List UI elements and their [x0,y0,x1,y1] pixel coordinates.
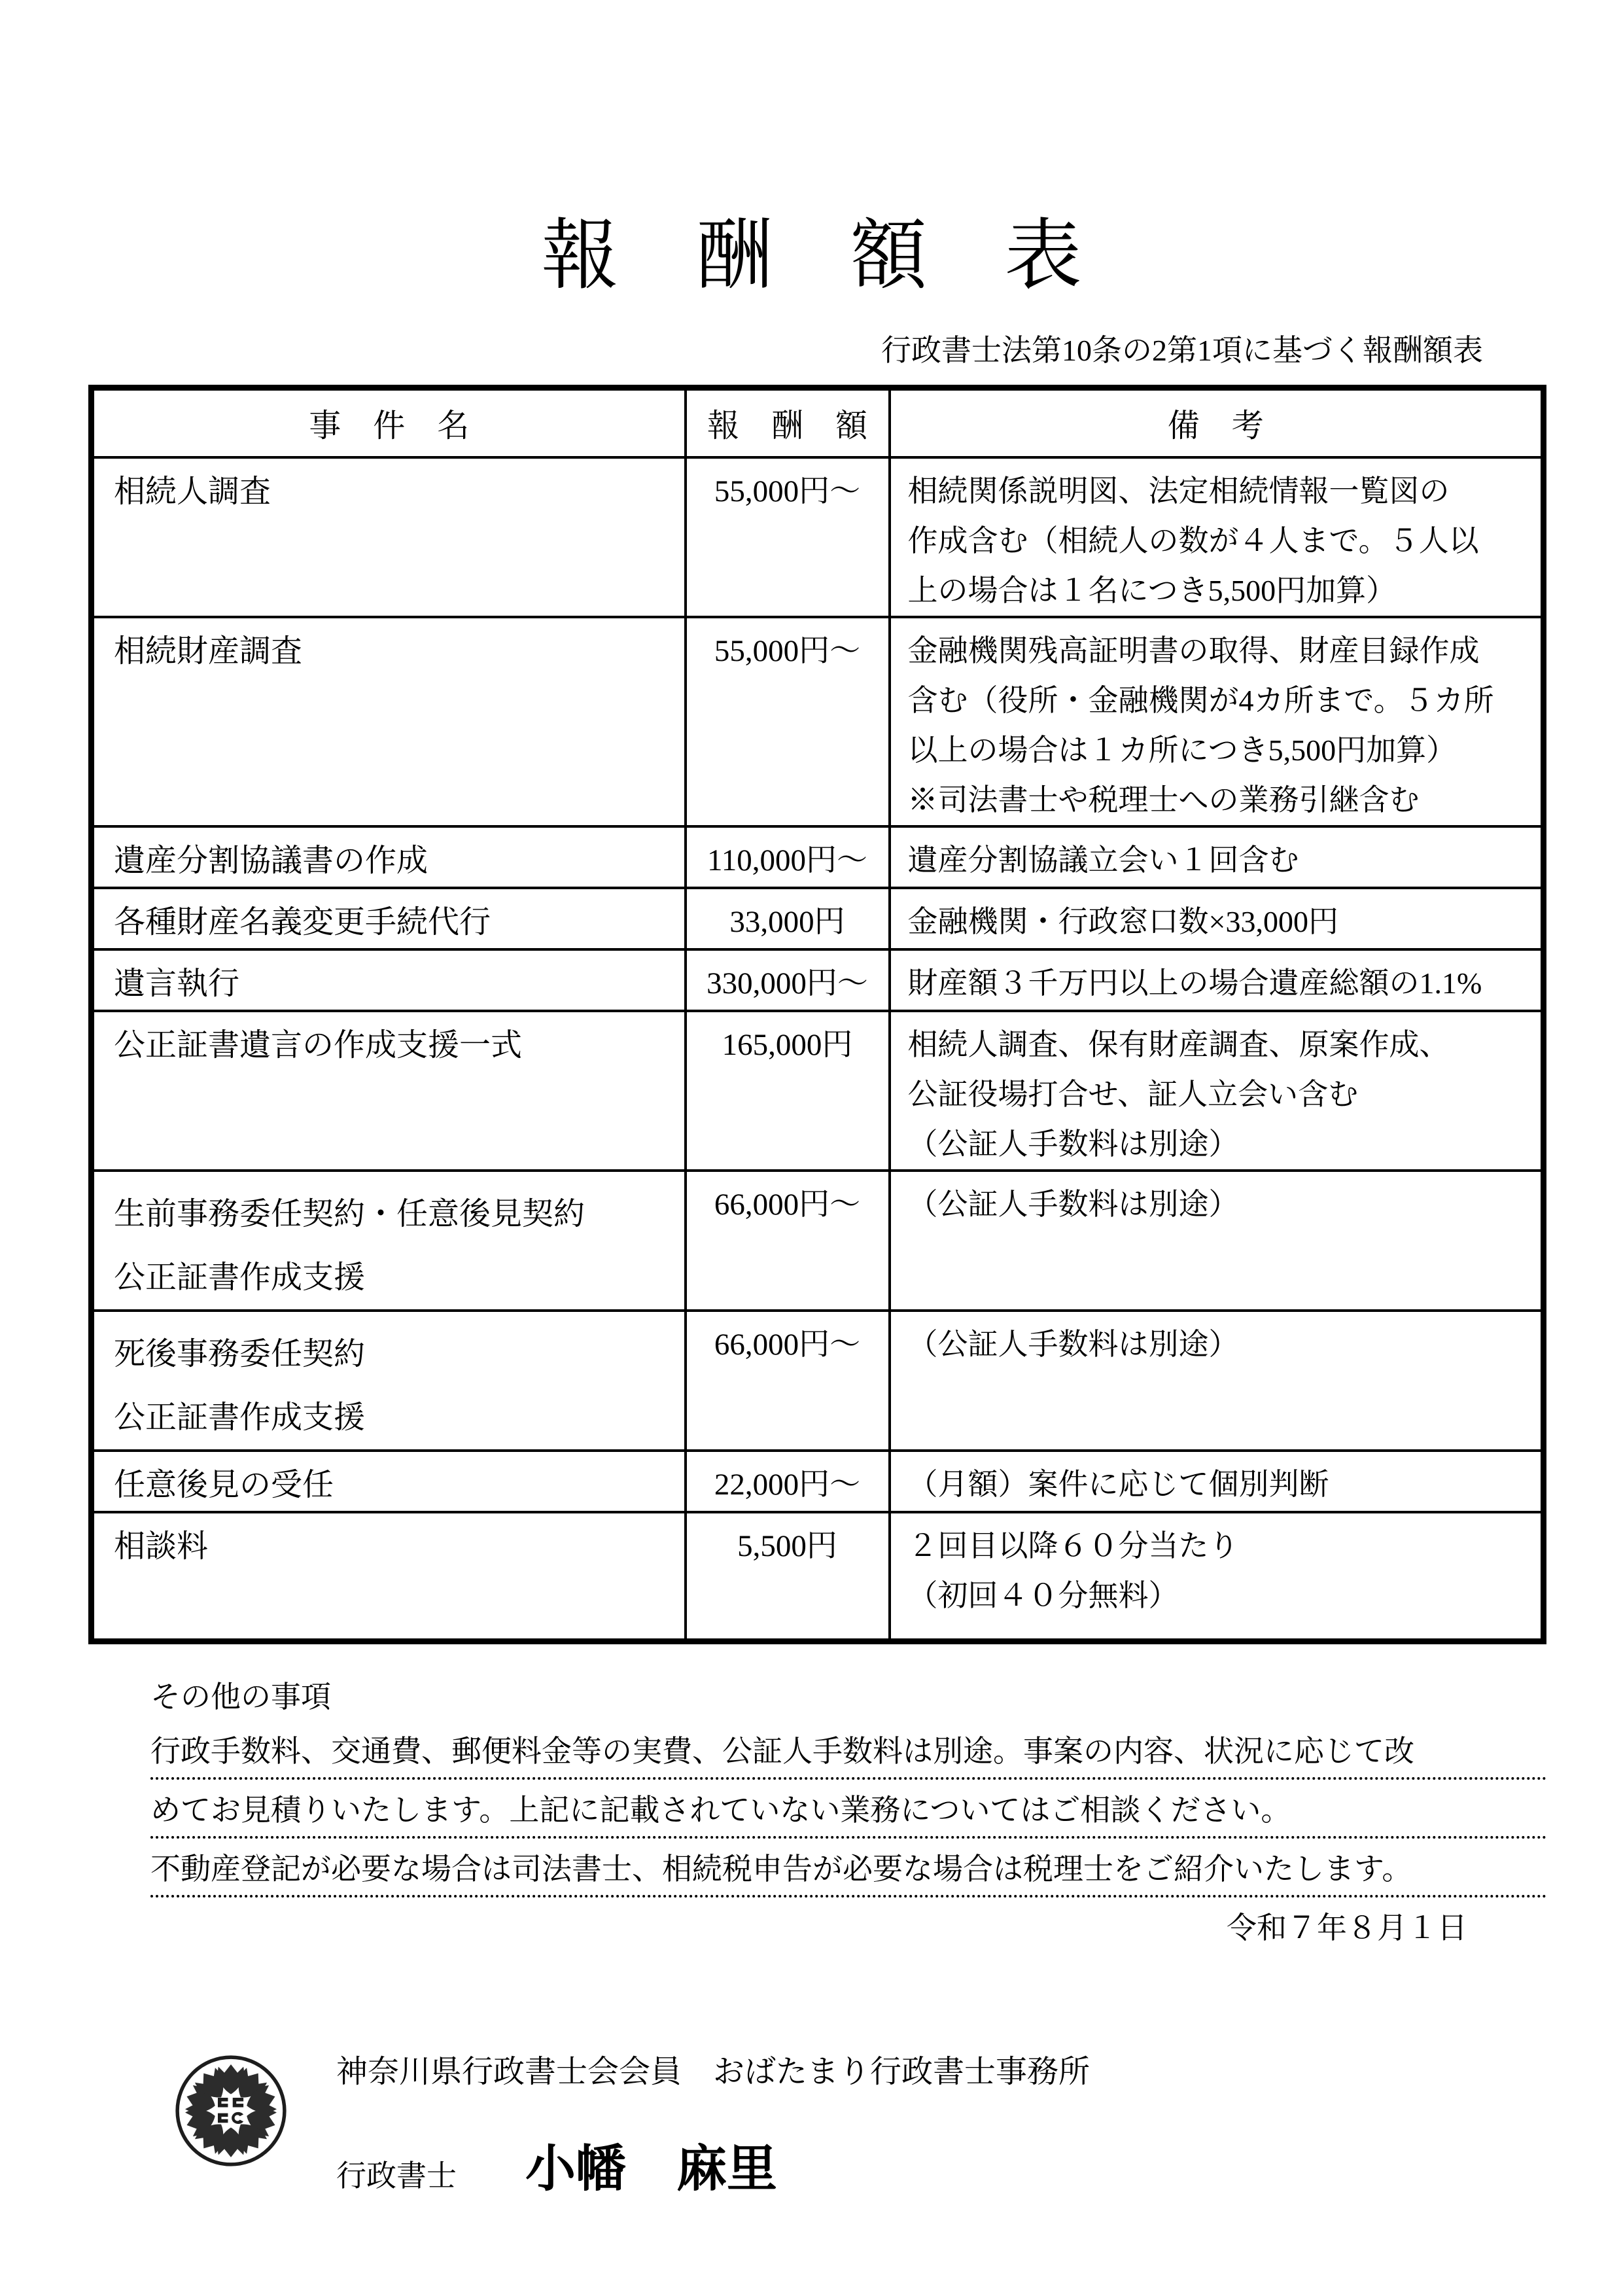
remarks-cell: 遺産分割協議立会い１回含む [890,826,1544,888]
remarks-cell: （公証人手数料は別途） [890,1311,1544,1451]
table-row: 相続財産調査55,000円～金融機関残高証明書の取得、財産目録作成含む（役所・金… [92,617,1544,826]
table-row: 任意後見の受任22,000円～（月額）案件に応じて個別判断 [92,1451,1544,1512]
notes-section: その他の事項 行政手数料、交通費、郵便料金等の実費、公証人手数料は別途。事案の内… [150,1677,1547,1898]
note-line: 行政手数料、交通費、郵便料金等の実費、公証人手数料は別途。事案の内容、状況に応じ… [150,1732,1547,1780]
remarks-cell: 相続人調査、保有財産調査、原案作成、公証役場打合せ、証人立会い含む（公証人手数料… [890,1011,1544,1171]
case-name-cell: 遺産分割協議書の作成 [92,826,686,888]
remarks-cell: 相続関係説明図、法定相続情報一覧図の作成含む（相続人の数が４人まで。５人以上の場… [890,457,1544,617]
column-header-case-name: 事 件 名 [92,387,686,457]
fee-amount-cell: 330,000円～ [686,949,890,1011]
fee-amount-cell: 110,000円～ [686,826,890,888]
case-name-cell: 各種財産名義変更手続代行 [92,888,686,949]
remarks-cell: （月額）案件に応じて個別判断 [890,1451,1544,1512]
fee-amount-cell: 22,000円～ [686,1451,890,1512]
case-name-cell: 相談料 [92,1512,686,1641]
table-row: 生前事務委任契約・任意後見契約公正証書作成支援66,000円～（公証人手数料は別… [92,1171,1544,1311]
case-name-cell: 生前事務委任契約・任意後見契約公正証書作成支援 [92,1171,686,1311]
fee-amount-cell: 165,000円 [686,1011,890,1171]
table-row: 遺産分割協議書の作成110,000円～遺産分割協議立会い１回含む [92,826,1544,888]
fee-amount-cell: 66,000円～ [686,1171,890,1311]
fee-table: 事 件 名 報 酬 額 備 考 相続人調査55,000円～相続関係説明図、法定相… [88,385,1546,1644]
document-date: 令和７年８月１日 [88,1909,1541,1948]
case-name-cell: 遺言執行 [92,949,686,1011]
case-name-cell: 相続財産調査 [92,617,686,826]
gyoseishoshi-cosmos-badge-icon [171,2051,290,2170]
table-row: 相続人調査55,000円～相続関係説明図、法定相続情報一覧図の作成含む（相続人の… [92,457,1544,617]
page-subtitle: 行政書士法第10条の2第1項に基づく報酬額表 [88,331,1541,370]
table-row: 公正証書遺言の作成支援一式165,000円相続人調査、保有財産調査、原案作成、公… [92,1011,1544,1171]
case-name-cell: 公正証書遺言の作成支援一式 [92,1011,686,1171]
case-name-cell: 任意後見の受任 [92,1451,686,1512]
office-membership-line: 神奈川県行政書士会会員 おばたまり行政書士事務所 [336,2053,1090,2092]
note-line: めてお見積りいたします。上記に記載されていない業務についてはご相談ください。 [150,1791,1547,1839]
case-name-cell: 相続人調査 [92,457,686,617]
table-row: 各種財産名義変更手続代行33,000円金融機関・行政窓口数×33,000円 [92,888,1544,949]
remarks-cell: 財産額３千万円以上の場合遺産総額の1.1% [890,949,1544,1011]
fee-amount-cell: 55,000円～ [686,617,890,826]
note-line: 不動産登記が必要な場合は司法書士、相続税申告が必要な場合は税理士をご紹介いたしま… [150,1850,1547,1898]
fee-amount-cell: 55,000円～ [686,457,890,617]
table-row: 相談料5,500円２回目以降６０分当たり（初回４０分無料） [92,1512,1544,1641]
remarks-cell: （公証人手数料は別途） [890,1171,1544,1311]
case-name-cell: 死後事務委任契約公正証書作成支援 [92,1311,686,1451]
scrivener-name-line: 行政書士小幡 麻里 [336,2128,1090,2201]
fee-amount-cell: 33,000円 [686,888,890,949]
column-header-remarks: 備 考 [890,387,1544,457]
notes-heading: その他の事項 [150,1677,1547,1718]
table-row: 遺言執行330,000円～財産額３千万円以上の場合遺産総額の1.1% [92,949,1544,1011]
remarks-cell: 金融機関・行政窓口数×33,000円 [890,888,1544,949]
fee-amount-cell: 5,500円 [686,1512,890,1641]
remarks-cell: ２回目以降６０分当たり（初回４０分無料） [890,1512,1544,1641]
fee-amount-cell: 66,000円～ [686,1311,890,1451]
table-header-row: 事 件 名 報 酬 額 備 考 [92,387,1544,457]
document-page: 報 酬 額 表 行政書士法第10条の2第1項に基づく報酬額表 事 件 名 報 酬… [0,0,1623,2296]
remarks-cell: 金融機関残高証明書の取得、財産目録作成含む（役所・金融機関が4カ所まで。５カ所以… [890,617,1544,826]
scrivener-person-name: 小幡 麻里 [525,2141,777,2197]
signature-text: 神奈川県行政書士会会員 おばたまり行政書士事務所 行政書士小幡 麻里 [336,2051,1090,2201]
table-row: 死後事務委任契約公正証書作成支援66,000円～（公証人手数料は別途） [92,1311,1544,1451]
column-header-fee: 報 酬 額 [686,387,890,457]
scrivener-title-label: 行政書士 [336,2159,457,2193]
page-title: 報 酬 額 表 [0,0,1623,305]
fee-table-body: 相続人調査55,000円～相続関係説明図、法定相続情報一覧図の作成含む（相続人の… [92,457,1544,1641]
signature-block: 神奈川県行政書士会会員 おばたまり行政書士事務所 行政書士小幡 麻里 [171,2051,1623,2201]
